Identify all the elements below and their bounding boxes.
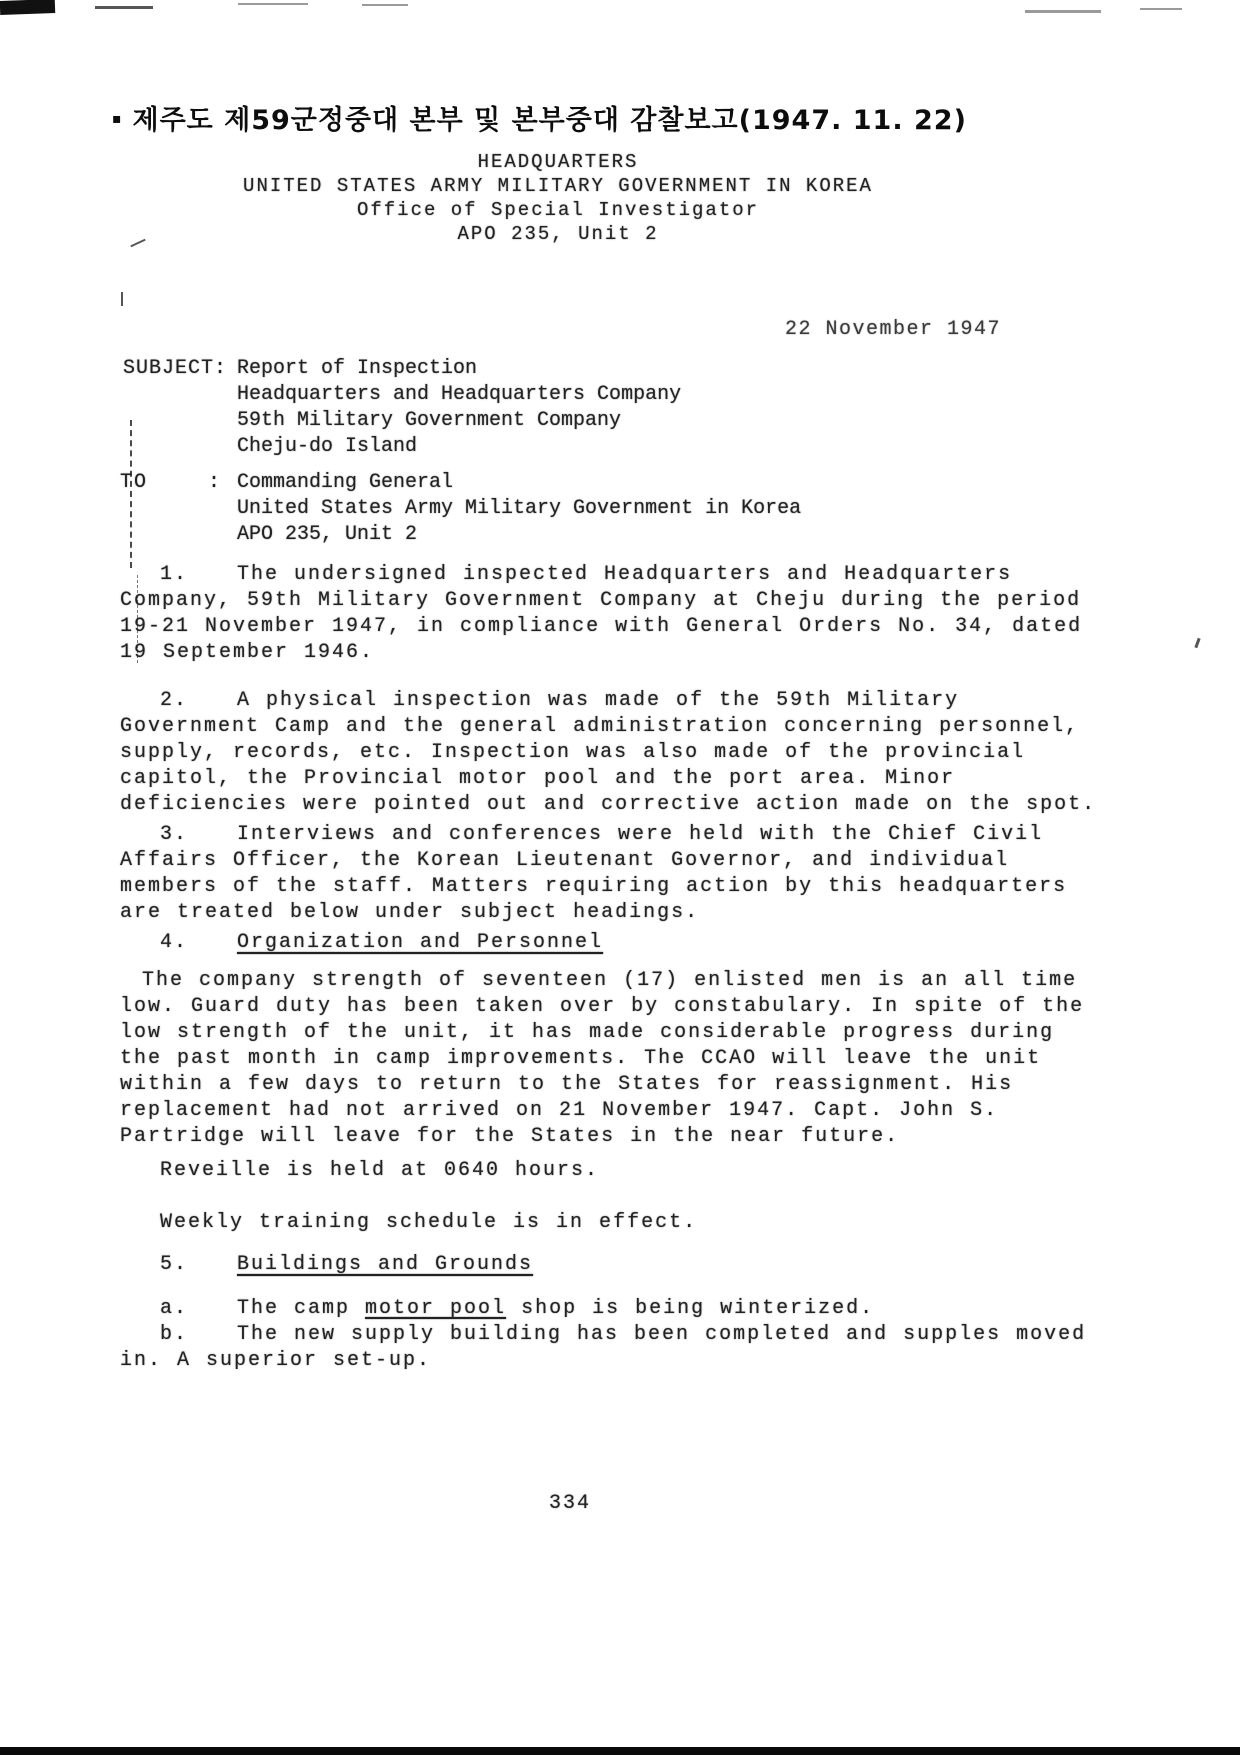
paragraph-number: 2. xyxy=(160,688,237,714)
letterhead-line: APO 235, Unit 2 xyxy=(118,222,998,246)
subject-block: SUBJECT: Report of Inspection Headquarte… xyxy=(123,356,681,460)
subject-line: Report of Inspection xyxy=(237,356,681,382)
paragraph-text: The company strength of seventeen (17) e… xyxy=(120,969,1084,1148)
item-text: The camp xyxy=(237,1297,365,1320)
item-letter: a. xyxy=(160,1296,237,1322)
to-colon: : xyxy=(208,470,220,496)
paragraph-text: A physical inspection was made of the 59… xyxy=(120,689,1096,816)
scan-artifact xyxy=(8,3,17,12)
scan-artifact xyxy=(362,4,408,6)
training-line: Weekly training schedule is in effect. xyxy=(120,1210,1098,1236)
scan-artifact xyxy=(1025,10,1101,13)
letterhead-line: HEADQUARTERS xyxy=(118,150,998,174)
paragraph-3: 3.Interviews and conferences were held w… xyxy=(120,822,1098,926)
to-block: TO : Commanding General United States Ar… xyxy=(120,470,801,548)
paragraph-2: 2.A physical inspection was made of the … xyxy=(120,688,1098,818)
to-line: Commanding General xyxy=(237,470,801,496)
scan-artifact xyxy=(238,3,308,5)
section-heading-text: Organization and Personnel xyxy=(237,931,603,954)
scan-artifact xyxy=(0,1747,1240,1755)
paragraph-number: 1. xyxy=(160,562,237,588)
korean-title-text: 제주도 제59군정중대 본부 및 본부중대 감찰보고(1947. 11. 22) xyxy=(133,105,967,136)
paragraph-text: The undersigned inspected Headquarters a… xyxy=(120,563,1082,664)
scan-artifact xyxy=(95,6,153,9)
document-page: ▪제주도 제59군정중대 본부 및 본부중대 감찰보고(1947. 11. 22… xyxy=(0,0,1240,1755)
section-4-heading: 4.Organization and Personnel xyxy=(120,930,1098,956)
item-letter: b. xyxy=(160,1322,237,1348)
letterhead: HEADQUARTERS UNITED STATES ARMY MILITARY… xyxy=(118,150,998,246)
paragraph-number: 3. xyxy=(160,822,237,848)
section-heading-text: Buildings and Grounds xyxy=(237,1253,533,1276)
reveille-line: Reveille is held at 0640 hours. xyxy=(120,1158,1098,1184)
paragraph-1: 1.The undersigned inspected Headquarters… xyxy=(120,562,1098,666)
title-bullet-icon: ▪ xyxy=(112,111,123,127)
subject-line: Cheju-do Island xyxy=(237,434,681,460)
paragraph-text: Reveille is held at 0640 hours. xyxy=(160,1159,599,1182)
letterhead-line: UNITED STATES ARMY MILITARY GOVERNMENT I… xyxy=(118,174,998,198)
paragraph-text: Weekly training schedule is in effect. xyxy=(160,1211,697,1234)
item-text: shop is being winterized. xyxy=(506,1297,874,1320)
item-b: b.The new supply building has been compl… xyxy=(120,1322,1098,1374)
letterhead-line: Office of Special Investigator xyxy=(118,198,998,222)
subject-line: Headquarters and Headquarters Company xyxy=(237,382,681,408)
date-line: 22 November 1947 xyxy=(785,318,1001,341)
scan-artifact xyxy=(1140,8,1182,10)
section-number: 4. xyxy=(160,930,237,956)
korean-title: ▪제주도 제59군정중대 본부 및 본부중대 감찰보고(1947. 11. 22… xyxy=(112,98,967,137)
section-5-heading: 5.Buildings and Grounds xyxy=(120,1252,1098,1278)
paragraph-text: Interviews and conferences were held wit… xyxy=(120,823,1067,924)
to-line: United States Army Military Government i… xyxy=(237,496,801,522)
section-4-body: The company strength of seventeen (17) e… xyxy=(120,968,1098,1150)
page-number: 334 xyxy=(0,1492,1140,1515)
scan-artifact xyxy=(1194,638,1200,648)
to-label: TO xyxy=(120,470,148,496)
section-number: 5. xyxy=(160,1252,237,1278)
item-a: a.The camp motor pool shop is being wint… xyxy=(120,1296,1098,1322)
item-text-underlined: motor pool xyxy=(365,1297,506,1320)
subject-label: SUBJECT: xyxy=(123,356,227,382)
subject-line: 59th Military Government Company xyxy=(237,408,681,434)
to-line: APO 235, Unit 2 xyxy=(237,522,801,548)
item-text: The new supply building has been complet… xyxy=(120,1323,1086,1372)
scan-artifact xyxy=(121,292,123,306)
